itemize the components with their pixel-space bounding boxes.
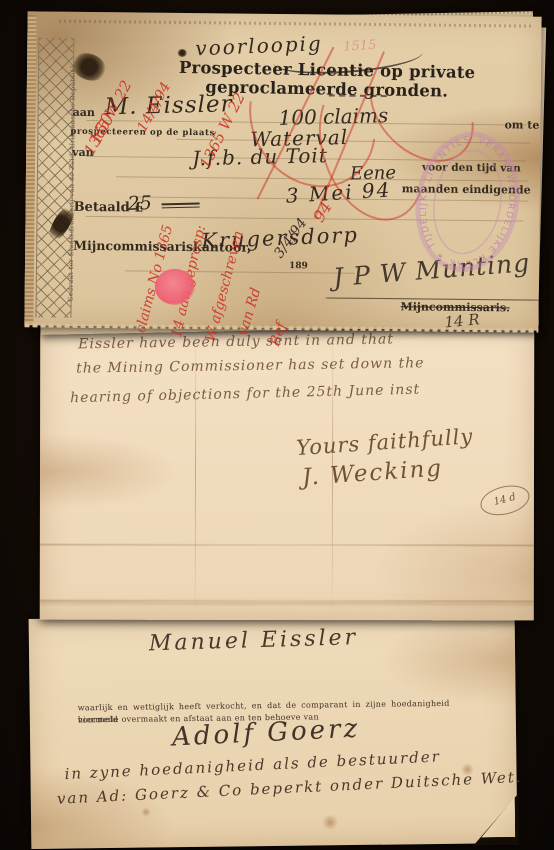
letter-line: the Mining Commissioner has set down the bbox=[76, 355, 425, 376]
letter-closing: Yours faithfully bbox=[295, 424, 473, 460]
signature-paraph: 14 d bbox=[477, 481, 532, 520]
signature-paraph: 14 R bbox=[444, 310, 481, 331]
printed-year: 189 bbox=[289, 261, 308, 271]
deed-sheet: Manuel Eissler waarlijk en wettiglijk he… bbox=[29, 613, 518, 849]
paper-tear-blotch bbox=[177, 49, 187, 57]
license-form: Gedrukt ter Staatsdrukkerij van de Zuid-… bbox=[24, 11, 541, 330]
deed-name: Manuel Eissler bbox=[149, 625, 359, 656]
paper-stain bbox=[141, 807, 151, 816]
letter-line: Eissler have been duly sent in and that bbox=[78, 331, 394, 352]
fold-crease bbox=[40, 544, 534, 547]
letter-signature: J. Wecking bbox=[301, 455, 444, 491]
amount-paid: 25 bbox=[127, 192, 152, 215]
label-aan: aan bbox=[73, 106, 95, 119]
pink-wax-seal-dot bbox=[155, 269, 195, 305]
fold-crease bbox=[40, 600, 534, 603]
letter-line: hearing of objections for the 25th June … bbox=[70, 382, 420, 407]
paper-stain bbox=[460, 764, 474, 776]
document-photo: Gedrukt ter Staatsdrukkerij van de Zuid-… bbox=[0, 0, 554, 850]
counterfoil-stub bbox=[24, 15, 36, 323]
paper-stain bbox=[321, 815, 339, 829]
perforated-edge bbox=[56, 20, 534, 28]
amount-underline bbox=[162, 202, 200, 208]
letter-sheet: Eissler have been duly sent in and that … bbox=[40, 324, 535, 621]
